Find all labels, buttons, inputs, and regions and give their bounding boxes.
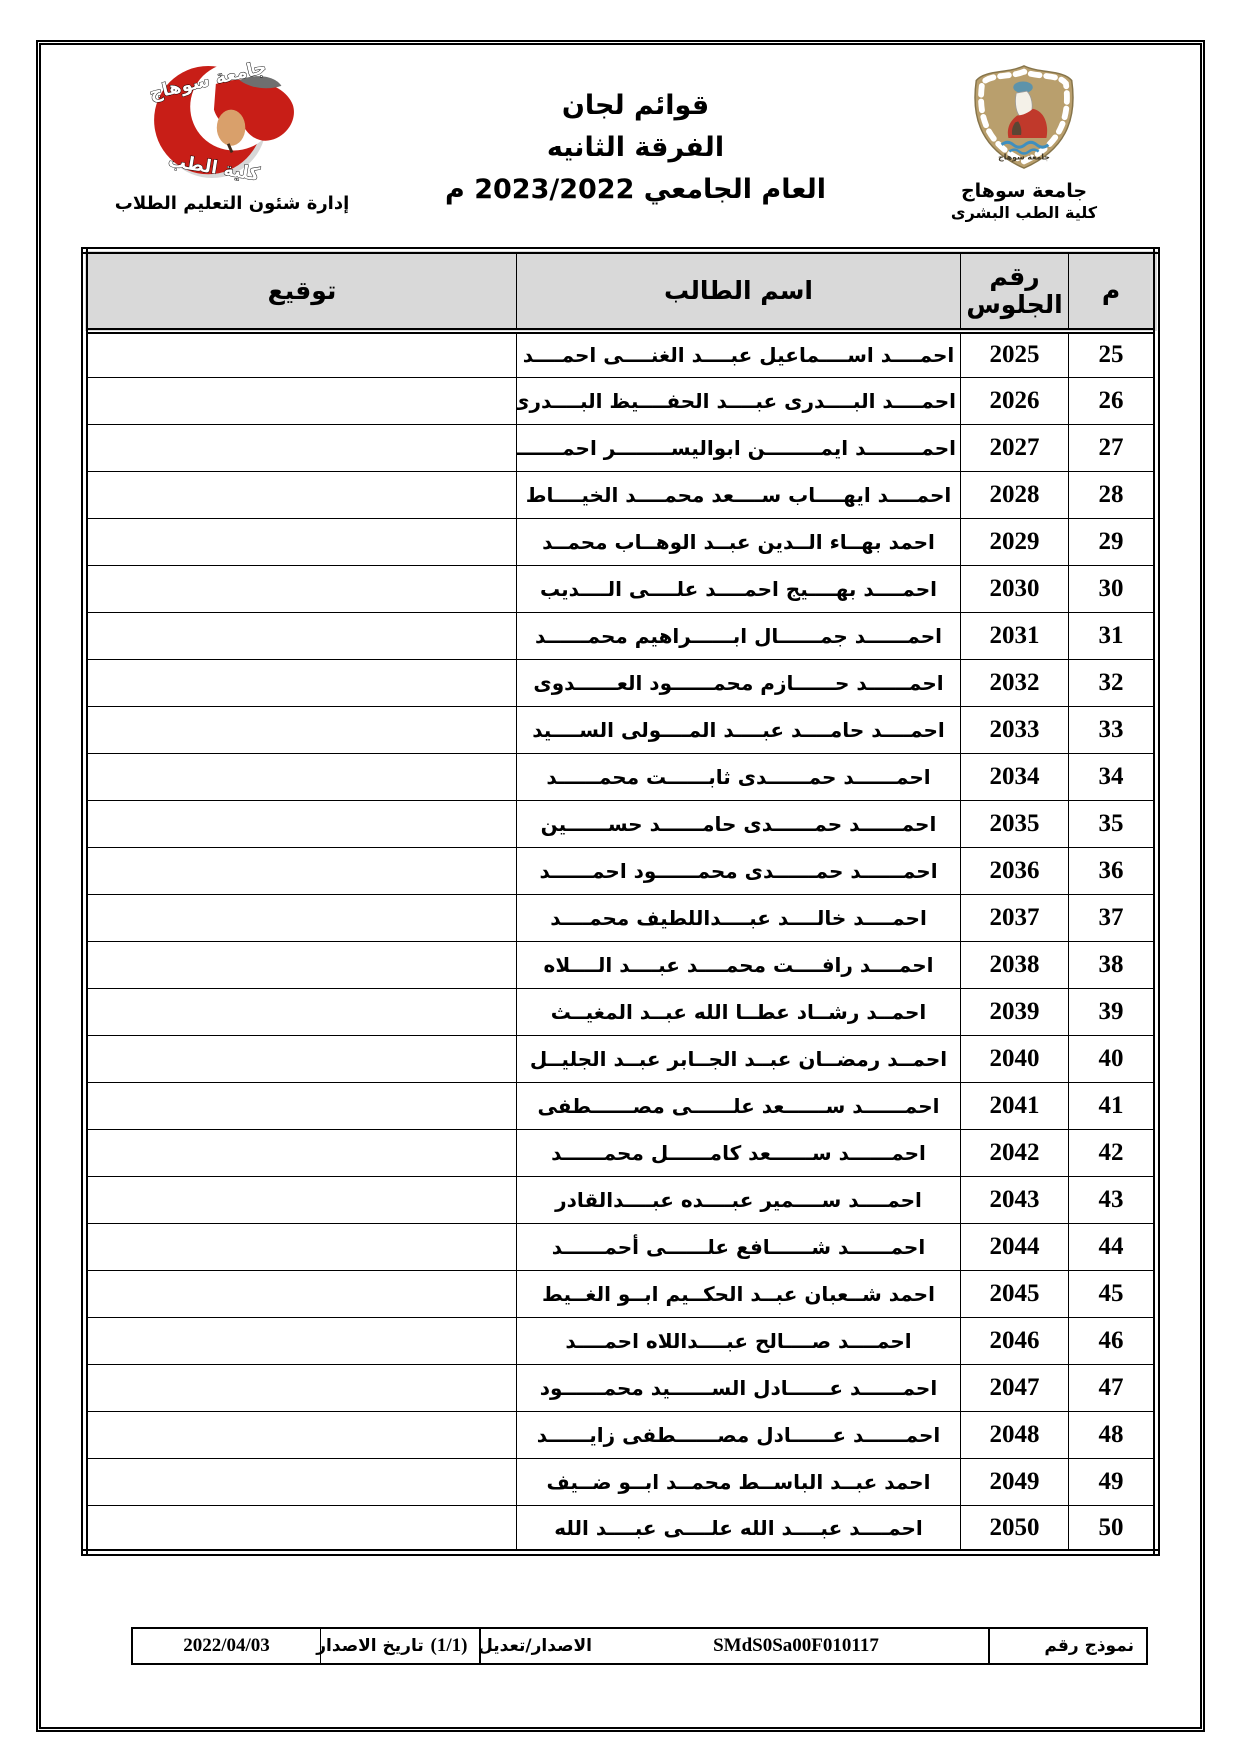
student-name-cell: احمــــد حامــــد عبــــد المــــولى الس… <box>517 707 961 754</box>
seat-number-cell: 2026 <box>961 378 1069 425</box>
pharaoh-face <box>217 110 246 146</box>
student-name-cell: احمــــــد حــــــازم محمــــــود العـــ… <box>517 660 961 707</box>
faculty-of-medicine-crescent-logo-icon: جامعة سوهاج كلية الطب <box>118 55 346 189</box>
signature-cell <box>85 1412 517 1459</box>
form-number-value: SMdS0Sa00F010117 <box>604 1629 989 1663</box>
seat-number-cell: 2041 <box>961 1083 1069 1130</box>
serial-cell: 36 <box>1069 848 1157 895</box>
seat-number-cell: 2027 <box>961 425 1069 472</box>
student-name-cell: احمــــد ايهــــاب ســــعد محمــــد الخي… <box>517 472 961 519</box>
serial-cell: 49 <box>1069 1459 1157 1506</box>
signature-cell <box>85 1224 517 1271</box>
seat-number-cell: 2050 <box>961 1506 1069 1553</box>
table-row: 32 2032 احمــــــد حــــــازم محمــــــو… <box>85 660 1157 707</box>
page-title: قوائم لجان <box>397 85 874 127</box>
student-name-cell: احمد شــعبان عبــد الحكــيم ابــو الغــي… <box>517 1271 961 1318</box>
signature-cell <box>85 472 517 519</box>
serial-cell: 25 <box>1069 331 1157 378</box>
serial-cell: 32 <box>1069 660 1157 707</box>
signature-cell <box>85 1271 517 1318</box>
serial-cell: 39 <box>1069 989 1157 1036</box>
shield-cloud-mark <box>1013 81 1032 93</box>
student-name-cell: احمــــد عبــــد الله علــــى عبــــد ال… <box>517 1506 961 1553</box>
signature-cell <box>85 378 517 425</box>
issue-date-value: 2022/04/03 <box>133 1629 320 1663</box>
table-row: 31 2031 احمــــــد جمــــــال ابــــــرا… <box>85 613 1157 660</box>
signature-cell <box>85 1459 517 1506</box>
serial-cell: 26 <box>1069 378 1157 425</box>
table-row: 48 2048 احمــــــد عــــــادل مصــــــطف… <box>85 1412 1157 1459</box>
student-table-body: 25 2025 احمــــد اســــماعيل عبــــد الغ… <box>85 331 1157 1553</box>
table-row: 25 2025 احمــــد اســــماعيل عبــــد الغ… <box>85 331 1157 378</box>
signature-cell <box>85 613 517 660</box>
student-name-cell: احمــــد اســــماعيل عبــــد الغنــــى ا… <box>517 331 961 378</box>
education-affairs-caption: إدارة شئون التعليم الطلاب <box>67 193 397 215</box>
revision-value: (1/1) <box>419 1629 480 1663</box>
table-row: 28 2028 احمــــد ايهــــاب ســــعد محمــ… <box>85 472 1157 519</box>
student-name-cell: احمــــــد شــــــافع علــــــى أحمـــــ… <box>517 1224 961 1271</box>
signature-cell <box>85 425 517 472</box>
table-row: 41 2041 احمــــــد ســــــعد علــــــى م… <box>85 1083 1157 1130</box>
serial-cell: 33 <box>1069 707 1157 754</box>
seat-number-cell: 2037 <box>961 895 1069 942</box>
table-row: 43 2043 احمــــد ســــمير عبــــده عبـــ… <box>85 1177 1157 1224</box>
form-number-label: نموذج رقم <box>989 1629 1146 1663</box>
seat-number-cell: 2034 <box>961 754 1069 801</box>
header-serial: م <box>1069 251 1157 331</box>
table-row: 39 2039 احمــد رشــاد عطــا الله عبــد ا… <box>85 989 1157 1036</box>
signature-cell <box>85 660 517 707</box>
student-name-cell: احمــــد رافــــت محمــــد عبــــد الـــ… <box>517 942 961 989</box>
signature-cell <box>85 1365 517 1412</box>
shield-inner-text: جامعة سوهاج <box>998 152 1050 161</box>
table-row: 33 2033 احمــــد حامــــد عبــــد المـــ… <box>85 707 1157 754</box>
seat-number-cell: 2030 <box>961 566 1069 613</box>
seat-number-cell: 2049 <box>961 1459 1069 1506</box>
seat-number-cell: 2040 <box>961 1036 1069 1083</box>
table-row: 38 2038 احمــــد رافــــت محمــــد عبـــ… <box>85 942 1157 989</box>
serial-cell: 29 <box>1069 519 1157 566</box>
seat-number-cell: 2025 <box>961 331 1069 378</box>
page-border-frame: جامعة سوهاج جامعة سوهاج كلية الطب البشرى… <box>36 40 1205 1732</box>
signature-cell <box>85 1506 517 1553</box>
serial-cell: 40 <box>1069 1036 1157 1083</box>
signature-cell <box>85 989 517 1036</box>
students-table: م رقم الجلوس اسم الطالب توقيع 25 2025 اح… <box>81 247 1160 1556</box>
student-name-cell: احمــد رشــاد عطــا الله عبــد المغيــث <box>517 989 961 1036</box>
student-name-cell: احمد عبــد الباســط محمــد ابــو ضــيف <box>517 1459 961 1506</box>
university-logo-block: جامعة سوهاج جامعة سوهاج كلية الطب البشرى <box>874 51 1174 247</box>
signature-cell <box>85 801 517 848</box>
seat-number-cell: 2033 <box>961 707 1069 754</box>
table-row: 49 2049 احمد عبــد الباســط محمــد ابــو… <box>85 1459 1157 1506</box>
serial-cell: 30 <box>1069 566 1157 613</box>
seat-number-cell: 2036 <box>961 848 1069 895</box>
table-row: 30 2030 احمــــد بهــــيج احمــــد علـــ… <box>85 566 1157 613</box>
seat-number-cell: 2035 <box>961 801 1069 848</box>
serial-cell: 27 <box>1069 425 1157 472</box>
seat-number-cell: 2032 <box>961 660 1069 707</box>
seat-number-cell: 2031 <box>961 613 1069 660</box>
seat-number-cell: 2044 <box>961 1224 1069 1271</box>
student-name-cell: احمــــد البــــدرى عبــــد الحفــــيظ ا… <box>517 378 961 425</box>
document-header: جامعة سوهاج جامعة سوهاج كلية الطب البشرى… <box>41 45 1200 247</box>
signature-cell <box>85 519 517 566</box>
header-seat-number: رقم الجلوس <box>961 251 1069 331</box>
student-name-cell: احمــــــد ســــــعد علــــــى مصــــــط… <box>517 1083 961 1130</box>
table-row: 34 2034 احمــــــد حمــــــدى ثابــــــت… <box>85 754 1157 801</box>
table-row: 44 2044 احمــــــد شــــــافع علــــــى … <box>85 1224 1157 1271</box>
signature-cell <box>85 707 517 754</box>
seat-number-cell: 2046 <box>961 1318 1069 1365</box>
sohag-university-shield-logo-icon: جامعة سوهاج <box>960 61 1088 173</box>
seat-number-cell: 2029 <box>961 519 1069 566</box>
table-row: 42 2042 احمــــــد ســــــعد كامــــــل … <box>85 1130 1157 1177</box>
student-name-cell: احمــــــد حمــــــدى حامــــــد حســـــ… <box>517 801 961 848</box>
signature-cell <box>85 566 517 613</box>
seat-number-cell: 2028 <box>961 472 1069 519</box>
signature-cell <box>85 1130 517 1177</box>
serial-cell: 37 <box>1069 895 1157 942</box>
header-row: م رقم الجلوس اسم الطالب توقيع <box>85 251 1157 331</box>
table-row: 47 2047 احمــــــد عــــــادل الســــــي… <box>85 1365 1157 1412</box>
serial-cell: 35 <box>1069 801 1157 848</box>
students-table-header: م رقم الجلوس اسم الطالب توقيع <box>85 251 1157 331</box>
signature-cell <box>85 331 517 378</box>
student-name-cell: احمــد رمضــان عبــد الجــابر عبــد الجل… <box>517 1036 961 1083</box>
grade-subtitle: الفرقة الثانيه <box>397 127 874 169</box>
signature-cell <box>85 1036 517 1083</box>
table-row: 50 2050 احمــــد عبــــد الله علــــى عب… <box>85 1506 1157 1553</box>
seat-number-cell: 2047 <box>961 1365 1069 1412</box>
serial-cell: 43 <box>1069 1177 1157 1224</box>
header-signature: توقيع <box>85 251 517 331</box>
table-row: 35 2035 احمــــــد حمــــــدى حامــــــد… <box>85 801 1157 848</box>
signature-cell <box>85 942 517 989</box>
signature-cell <box>85 1177 517 1224</box>
table-row: 45 2045 احمد شــعبان عبــد الحكــيم ابــ… <box>85 1271 1157 1318</box>
student-name-cell: احمــــــد حمــــــدى محمــــــود احمـــ… <box>517 848 961 895</box>
serial-cell: 44 <box>1069 1224 1157 1271</box>
students-table-wrapper: م رقم الجلوس اسم الطالب توقيع 25 2025 اح… <box>41 247 1200 1556</box>
serial-cell: 41 <box>1069 1083 1157 1130</box>
student-name-cell: احمــــــد عــــــادل الســــــيد محمـــ… <box>517 1365 961 1412</box>
serial-cell: 48 <box>1069 1412 1157 1459</box>
signature-cell <box>85 1318 517 1365</box>
student-name-cell: احمــــد بهــــيج احمــــد علــــى الـــ… <box>517 566 961 613</box>
student-name-cell: احمــــــد ســــــعد كامــــــل محمـــــ… <box>517 1130 961 1177</box>
seat-number-cell: 2042 <box>961 1130 1069 1177</box>
serial-cell: 28 <box>1069 472 1157 519</box>
table-row: 29 2029 احمد بهــاء الــدين عبــد الوهــ… <box>85 519 1157 566</box>
signature-cell <box>85 754 517 801</box>
signature-cell <box>85 848 517 895</box>
academic-year-subtitle: العام الجامعي 2023/2022 م <box>397 169 874 211</box>
seat-number-cell: 2038 <box>961 942 1069 989</box>
signature-cell <box>85 1083 517 1130</box>
table-row: 37 2037 احمــــد خالــــد عبــــداللطيف … <box>85 895 1157 942</box>
serial-cell: 38 <box>1069 942 1157 989</box>
table-row: 36 2036 احمــــــد حمــــــدى محمــــــو… <box>85 848 1157 895</box>
table-row: 27 2027 احمــــــــد ايمــــــــن ابوالي… <box>85 425 1157 472</box>
serial-cell: 42 <box>1069 1130 1157 1177</box>
serial-cell: 47 <box>1069 1365 1157 1412</box>
title-block: قوائم لجان الفرقة الثانيه العام الجامعي … <box>397 51 874 247</box>
serial-cell: 50 <box>1069 1506 1157 1553</box>
serial-cell: 46 <box>1069 1318 1157 1365</box>
header-student-name: اسم الطالب <box>517 251 961 331</box>
table-row: 46 2046 احمــــد صــــالح عبــــداللاه ا… <box>85 1318 1157 1365</box>
seat-number-cell: 2048 <box>961 1412 1069 1459</box>
seat-number-cell: 2039 <box>961 989 1069 1036</box>
faculty-name-caption: كلية الطب البشرى <box>874 203 1174 223</box>
form-info-footer: نموذج رقم SMdS0Sa00F010117 الاصدار/تعديل… <box>131 1627 1148 1665</box>
student-name-cell: احمد بهــاء الــدين عبــد الوهــاب محمــ… <box>517 519 961 566</box>
scanned-committee-list-page: { "document": { "header": { "faculty_log… <box>0 0 1241 1754</box>
serial-cell: 45 <box>1069 1271 1157 1318</box>
faculty-logo-block: جامعة سوهاج كلية الطب إدارة شئون التعليم… <box>67 51 397 247</box>
student-name-cell: احمــــد خالــــد عبــــداللطيف محمــــد <box>517 895 961 942</box>
serial-cell: 31 <box>1069 613 1157 660</box>
serial-cell: 34 <box>1069 754 1157 801</box>
seat-number-cell: 2045 <box>961 1271 1069 1318</box>
seat-number-cell: 2043 <box>961 1177 1069 1224</box>
revision-label: الاصدار/تعديل <box>480 1629 604 1663</box>
student-name-cell: احمــــــد حمــــــدى ثابــــــت محمــــ… <box>517 754 961 801</box>
student-name-cell: احمــــــد جمــــــال ابــــــراهيم محمـ… <box>517 613 961 660</box>
issue-date-label: تاريخ الاصدار <box>320 1629 419 1663</box>
student-name-cell: احمــــــــد ايمــــــــن ابواليســـــــ… <box>517 425 961 472</box>
student-name-cell: احمــــد ســــمير عبــــده عبــــدالقادر <box>517 1177 961 1224</box>
table-row: 26 2026 احمــــد البــــدرى عبــــد الحف… <box>85 378 1157 425</box>
signature-cell <box>85 895 517 942</box>
student-name-cell: احمــــــد عــــــادل مصــــــطفى زايـــ… <box>517 1412 961 1459</box>
table-row: 40 2040 احمــد رمضــان عبــد الجــابر عب… <box>85 1036 1157 1083</box>
student-name-cell: احمــــد صــــالح عبــــداللاه احمــــد <box>517 1318 961 1365</box>
university-name-caption: جامعة سوهاج <box>874 179 1174 203</box>
